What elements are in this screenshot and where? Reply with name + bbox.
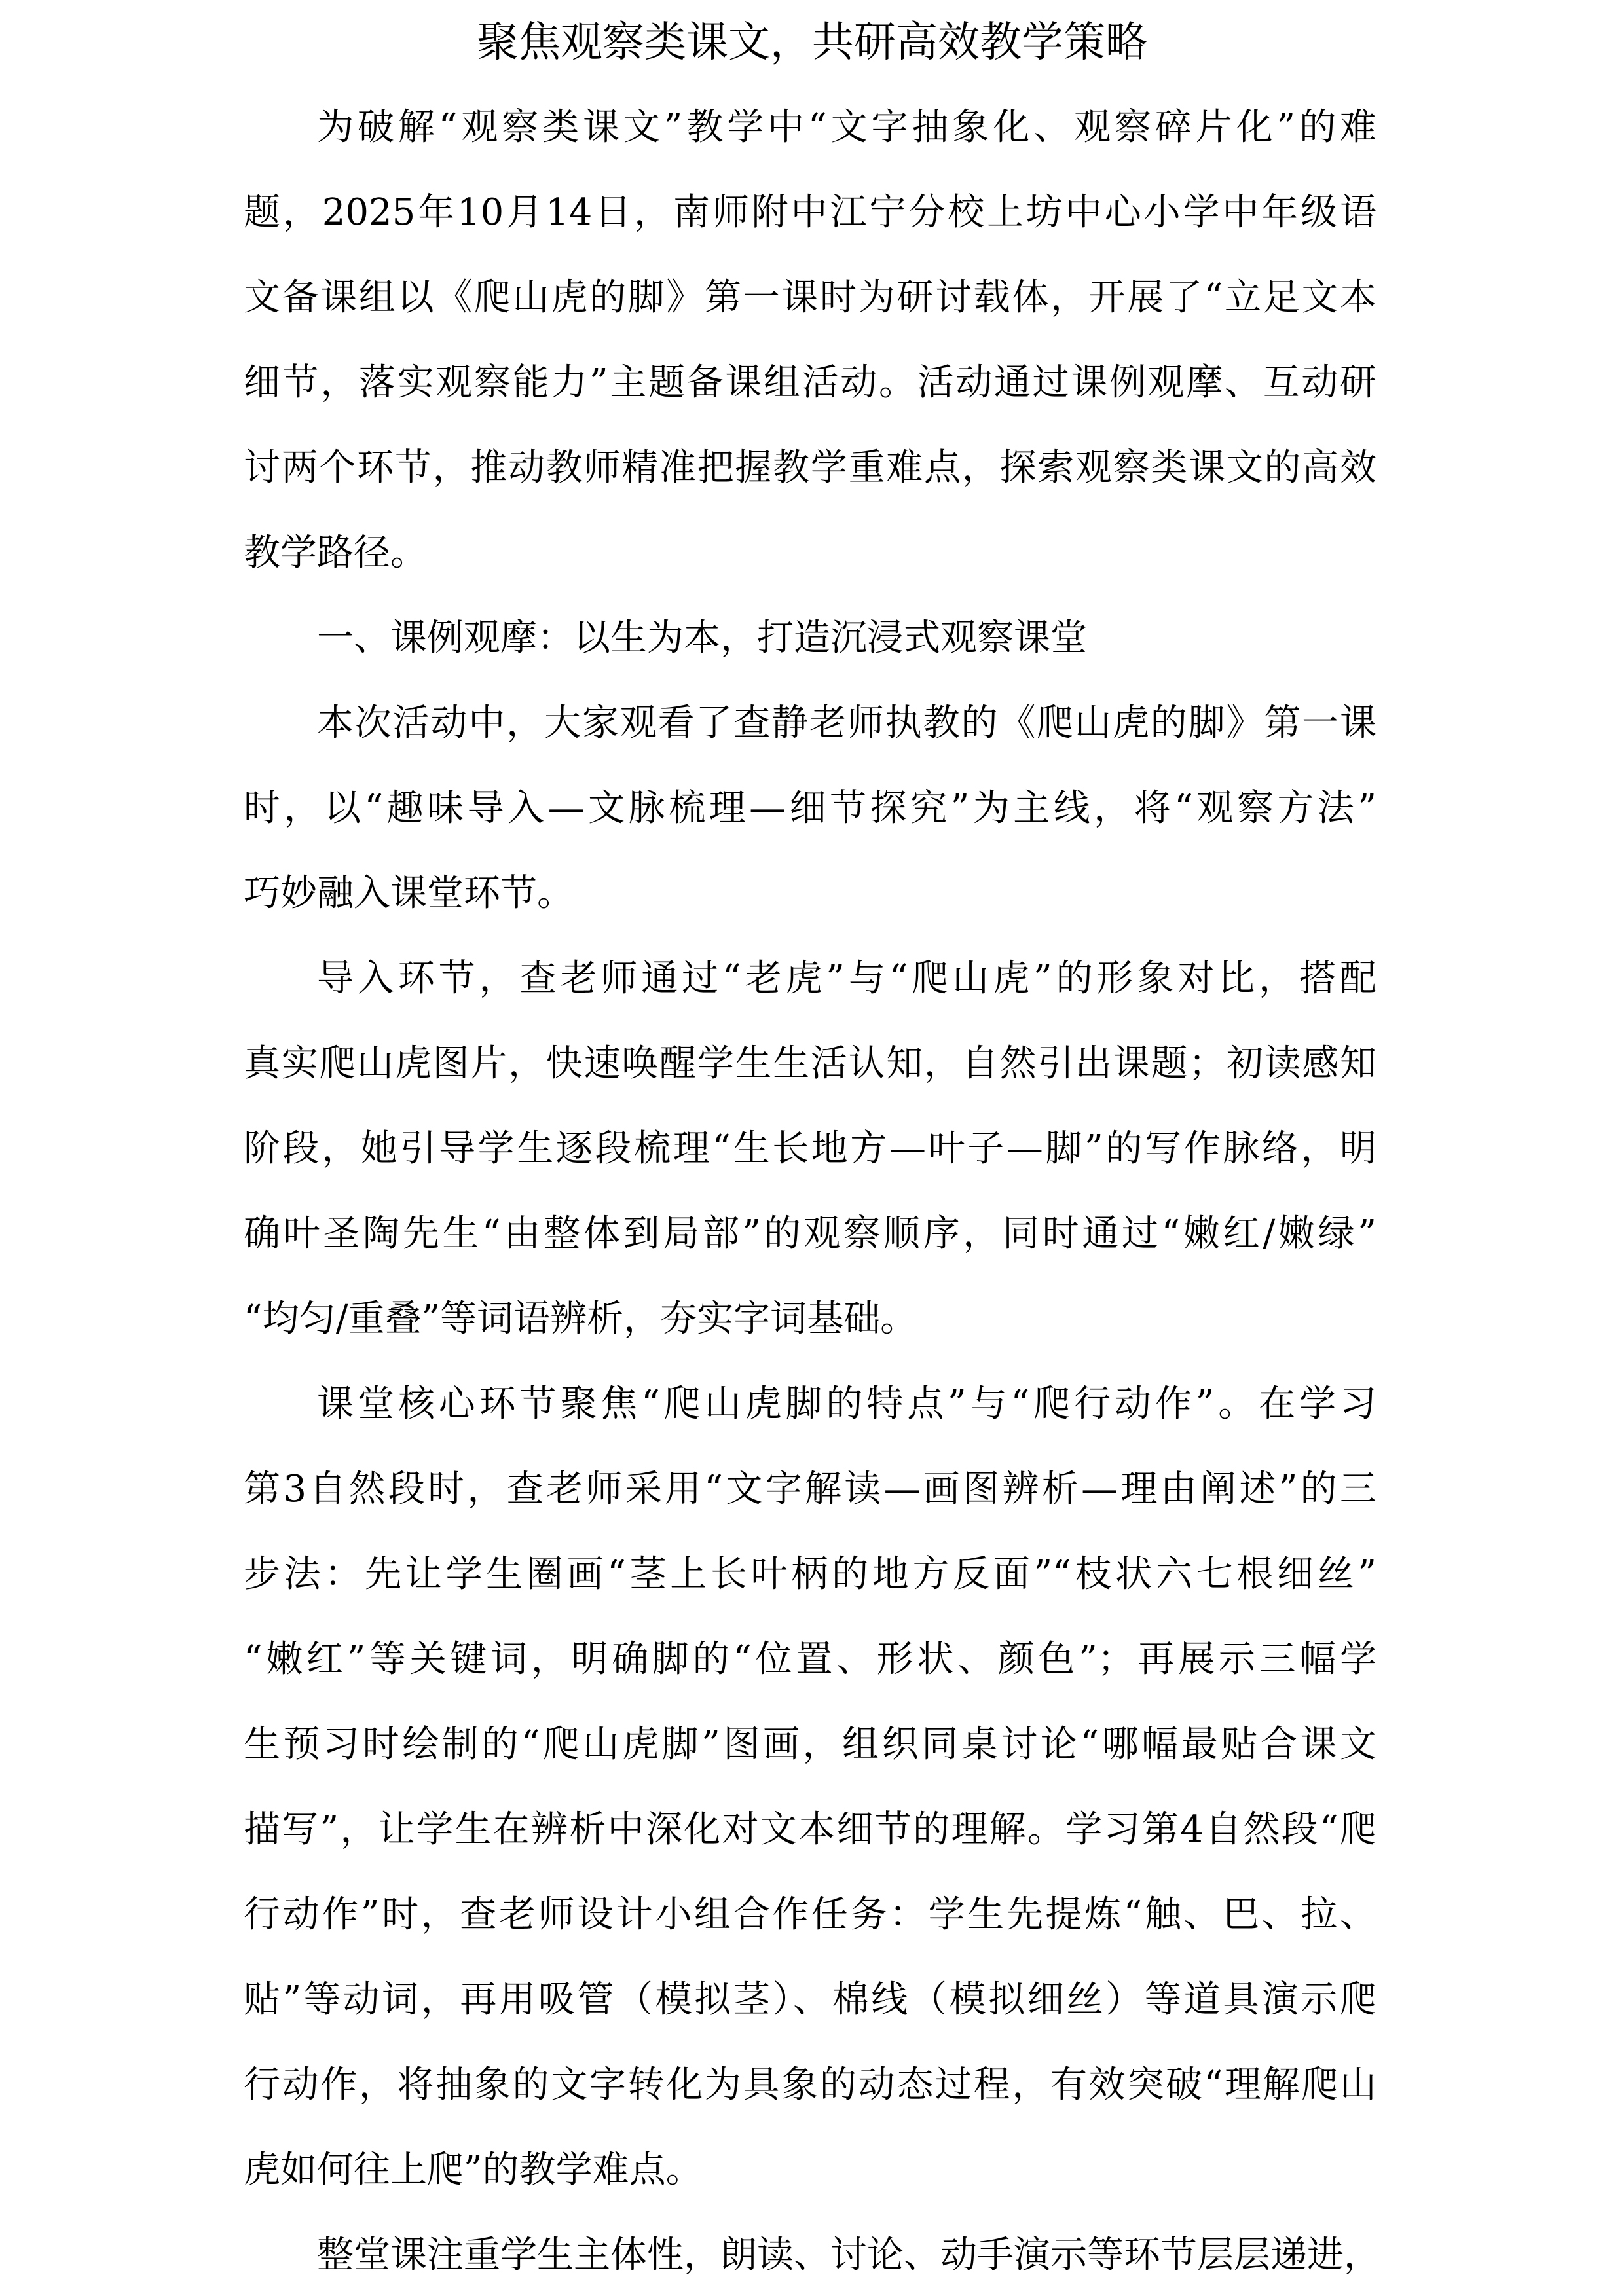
paragraph-1-line: 讨两个环节，推动教师精准把握教学重难点，探索观察类课文的高效 [244,426,1376,511]
paragraph-1-line: 为破解“观察类课文”教学中“文字抽象化、观察碎片化”的难 [244,85,1376,170]
paragraph-4-line: 贴”等动词，再用吸管（模拟茎）、棉线（模拟细丝）等道具演示爬 [244,1958,1376,2043]
paragraph-3-line: 导入环节，查老师通过“老虎”与“爬山虎”的形象对比，搭配 [244,936,1376,1021]
paragraph-3-line: 阶段，她引导学生逐段梳理“生长地方—叶子—脚”的写作脉络，明 [244,1106,1376,1192]
paragraph-4-line: 行动作”时，查老师设计小组合作任务：学生先提炼“触、巴、拉、 [244,1872,1376,1958]
paragraph-3-line: 真实爬山虎图片，快速唤醒学生生活认知，自然引出课题；初读感知 [244,1021,1376,1106]
document-body: 为破解“观察类课文”教学中“文字抽象化、观察碎片化”的难 题，2025年10月1… [244,85,1376,2296]
paragraph-4-line: 生预习时绘制的“爬山虎脚”图画，组织同桌讨论“哪幅最贴合课文 [244,1702,1376,1787]
paragraph-4-line: 行动作，将抽象的文字转化为具象的动态过程，有效突破“理解爬山 [244,2043,1376,2128]
paragraph-2-line: 本次活动中，大家观看了查静老师执教的《爬山虎的脚》第一课 [244,681,1376,766]
paragraph-4-line: “嫩红”等关键词，明确脚的“位置、形状、颜色”；再展示三幅学 [244,1617,1376,1702]
paragraph-1-line: 文备课组以《爬山虎的脚》第一课时为研讨载体，开展了“立足文本 [244,255,1376,340]
paragraph-4-line: 虎如何往上爬”的教学难点。 [244,2128,1376,2213]
paragraph-3-line: “均匀/重叠”等词语辨析，夯实字词基础。 [244,1277,1376,1362]
paragraph-1-line: 细节，落实观察能力”主题备课组活动。活动通过课例观摩、互动研 [244,340,1376,426]
paragraph-5-line: 整堂课注重学生主体性，朗读、讨论、动手演示等环节层层递进， [244,2213,1376,2296]
paragraph-4-line: 步法：先让学生圈画“茎上长叶柄的地方反面”“枝状六七根细丝” [244,1532,1376,1617]
paragraph-3-line: 确叶圣陶先生“由整体到局部”的观察顺序，同时通过“嫩红/嫩绿” [244,1192,1376,1277]
paragraph-1-line: 题，2025年10月14日，南师附中江宁分校上坊中心小学中年级语 [244,170,1376,255]
paragraph-1-line: 教学路径。 [244,511,1376,596]
paragraph-4-line: 描写”，让学生在辨析中深化对文本细节的理解。学习第4自然段“爬 [244,1787,1376,1872]
paragraph-2-line: 巧妙融入课堂环节。 [244,851,1376,936]
section-heading-1: 一、课例观摩：以生为本，打造沉浸式观察课堂 [244,596,1376,681]
paragraph-4-line: 课堂核心环节聚焦“爬山虎脚的特点”与“爬行动作”。在学习 [244,1362,1376,1447]
document-title: 聚焦观察类课文，共研高效教学策略 [0,14,1624,71]
paragraph-4-line: 第3自然段时，查老师采用“文字解读—画图辨析—理由阐述”的三 [244,1447,1376,1532]
paragraph-2-line: 时，以“趣味导入—文脉梳理—细节探究”为主线，将“观察方法” [244,766,1376,851]
